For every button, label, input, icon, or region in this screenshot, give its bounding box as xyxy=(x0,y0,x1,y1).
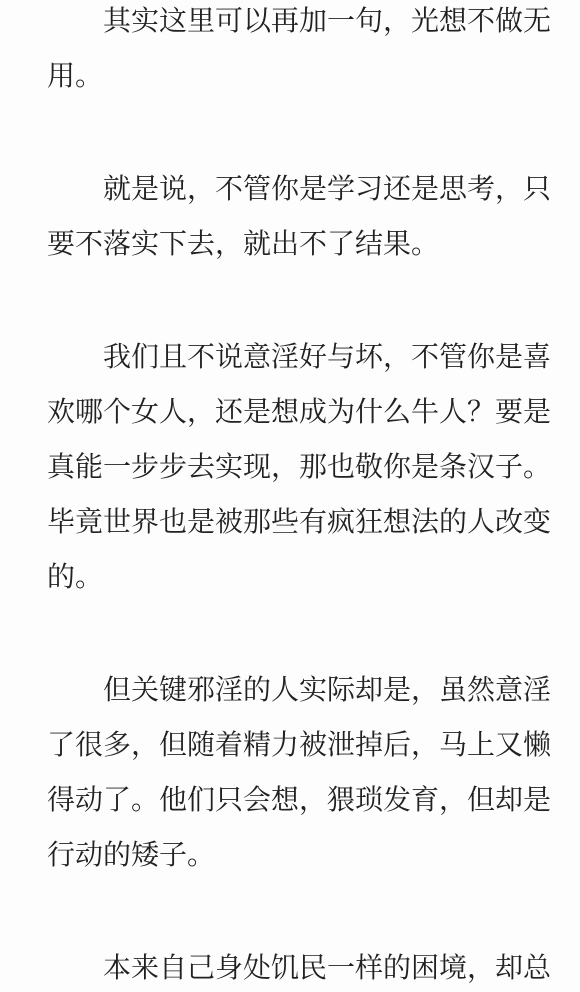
paragraph-4: 但关键邪淫的人实际却是，虽然意淫了很多，但随着精力被泄掉后，马上又懒得动了。他们… xyxy=(47,662,551,882)
paragraph-1: 其实这里可以再加一句，光想不做无用。 xyxy=(47,0,551,103)
paragraph-5-truncated: 本来自己身处饥民一样的困境，却总 xyxy=(47,940,551,992)
article-page: 其实这里可以再加一句，光想不做无用。 就是说，不管你是学习还是思考，只要不落实下… xyxy=(0,0,580,992)
paragraph-3: 我们且不说意淫好与坏，不管你是喜欢哪个女人，还是想成为什么牛人？要是真能一步步去… xyxy=(47,329,551,604)
paragraph-2: 就是说，不管你是学习还是思考，只要不落实下去，就出不了结果。 xyxy=(47,161,551,271)
